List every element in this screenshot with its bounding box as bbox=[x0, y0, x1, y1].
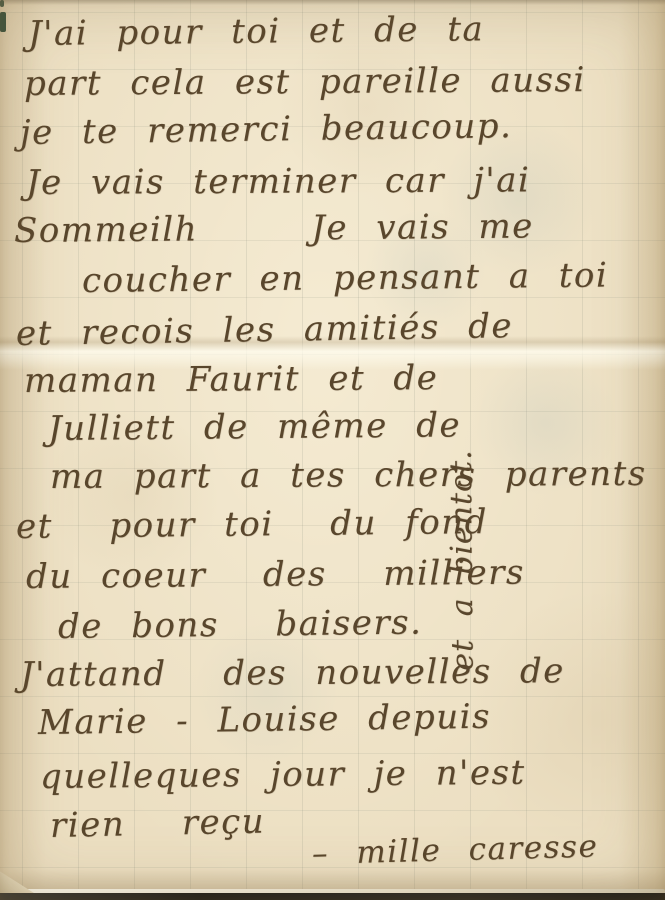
aging-vignette bbox=[0, 0, 665, 900]
letter-page: J'ai pour toi et de ta part cela est par… bbox=[0, 0, 665, 900]
